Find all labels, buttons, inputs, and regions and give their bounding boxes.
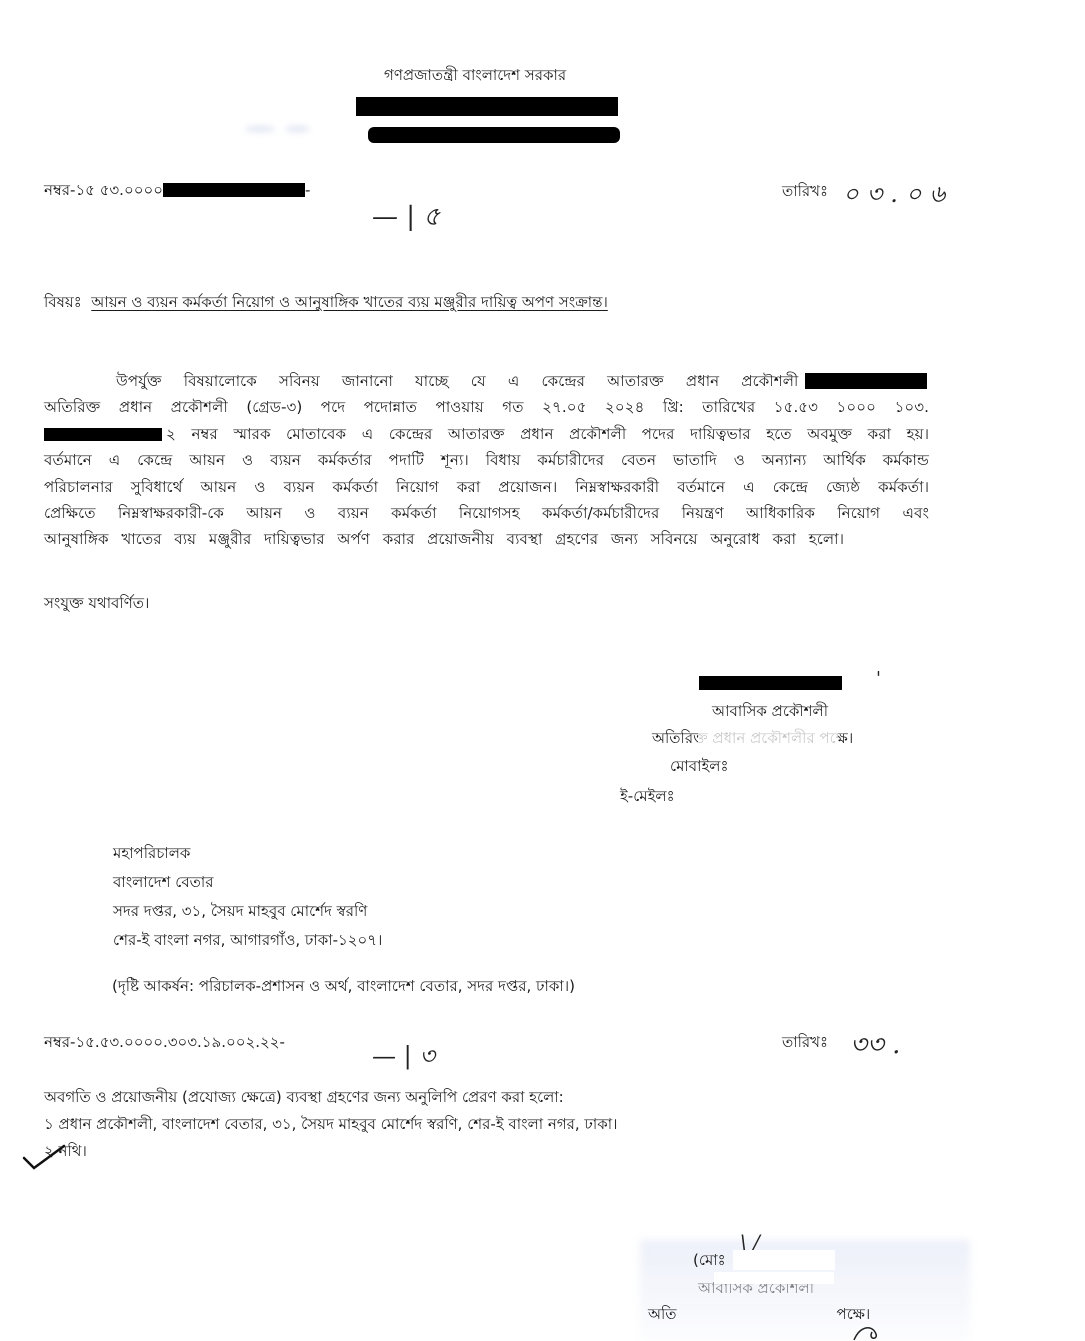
redacted-memo-number xyxy=(163,183,305,197)
signatory2-on-behalf: অতিপক্ষে। xyxy=(648,1303,870,1328)
on-behalf-prefix: অতি xyxy=(648,1305,677,1323)
distribution-intro: অবগতি ও প্রয়োজনীয় (প্রযোজ্য ক্ষেত্রে) … xyxy=(44,1086,564,1111)
faded-text-region xyxy=(698,727,838,747)
signature-mark: ' xyxy=(876,668,881,689)
attention-note: (দৃষ্টি আকর্ষন: পরিচালক-প্রশাসন ও অর্থ, … xyxy=(112,975,575,1000)
faded-designation-region xyxy=(714,1272,834,1284)
signatory2-name: (মোঃ xyxy=(693,1249,726,1274)
memo-number: নম্বর-১৫ ৫৩.০০০০- xyxy=(44,179,310,204)
body-paragraph: উপর্যুক্ত বিষয়ালোকে সবিনয় জানানো যাচ্ছ… xyxy=(44,368,929,553)
name-prefix: (মোঃ xyxy=(693,1251,726,1269)
memo-number-prefix: নম্বর-১৫ ৫৩.০০০০ xyxy=(44,181,163,199)
handwritten-serial: — | ৫ xyxy=(372,196,440,240)
checkmark-icon xyxy=(20,1142,68,1172)
body-line: অতিরিক্ত প্রধান প্রকৌশলী (গ্রেড-৩) পদে প… xyxy=(44,394,929,420)
subject-text: আয়ন ও ব্যয়ন কর্মকর্তা নিয়োগ ও আনুষাঙ্… xyxy=(91,293,608,311)
subject-line: বিষয়ঃ আয়ন ও ব্যয়ন কর্মকর্তা নিয়োগ ও … xyxy=(44,291,608,316)
recipient-address-line-1: সদর দপ্তর, ৩১, সৈয়দ মাহবুব মোর্শেদ স্বর… xyxy=(113,897,382,926)
email-label: ই-মেইলঃ xyxy=(620,785,675,810)
date-label: তারিখঃ xyxy=(782,180,828,205)
recipient-title: মহাপরিচালক xyxy=(113,839,382,868)
signatory-designation: আবাসিক প্রকৌশলী xyxy=(640,700,900,725)
handwritten-serial-2: — | ৩ xyxy=(372,1038,435,1078)
body-line: পরিচালনার সুবিধার্থে আয়ন ও ব্যয়ন কর্মক… xyxy=(44,474,929,500)
handwritten-date: ০৩.০৬ xyxy=(843,176,953,216)
mobile-label: মোবাইলঃ xyxy=(670,755,728,780)
redacted-office-name xyxy=(356,97,618,116)
body-line: আনুষাঙ্গিক খাতের ব্যয় মঞ্জুরীর দায়িত্ব… xyxy=(44,526,844,552)
memo2-number: নম্বর-১৫.৫৩.০০০০.৩০৩.১৯.০০২.২২- xyxy=(44,1031,285,1056)
faded-name-region xyxy=(733,1250,835,1270)
body-line: প্রেক্ষিতে নিম্নস্বাক্ষরকারী-কে আয়ন ও ব… xyxy=(44,500,929,526)
date-label-2: তারিখঃ xyxy=(782,1031,828,1056)
redacted-signatory-name xyxy=(699,676,842,690)
body-line: ২ নম্বর স্মারক মোতাবেক এ কেন্দ্রের আতারক… xyxy=(44,421,929,447)
scan-smudge xyxy=(285,125,310,133)
redacted-officer-name xyxy=(805,373,927,389)
recipient-address-line-2: শের-ই বাংলা নগর, আগারগাঁও, ঢাকা-১২০৭। xyxy=(113,926,382,955)
handwritten-date-2: ৩৩ . xyxy=(850,1024,900,1068)
government-header: গণপ্রজাতন্ত্রী বাংলাদেশ সরকার xyxy=(384,64,566,89)
redacted-reference xyxy=(44,428,162,441)
scan-smudge xyxy=(245,125,275,133)
redacted-office-address xyxy=(368,127,620,143)
signature-icon xyxy=(850,1322,910,1341)
body-line: বর্তমানে এ কেন্দ্রে আয়ন ও ব্যয়ন কর্মকর… xyxy=(44,447,929,473)
enclosure-note: সংযুক্ত যথাবর্ণিত। xyxy=(44,592,149,617)
memo-number-tail: - xyxy=(305,181,310,199)
recipient-organization: বাংলাদেশ বেতার xyxy=(113,868,382,897)
subject-label: বিষয়ঃ xyxy=(44,293,82,311)
body-line: উপর্যুক্ত বিষয়ালোকে সবিনয় জানানো যাচ্ছ… xyxy=(44,368,856,394)
recipient-block: মহাপরিচালক বাংলাদেশ বেতার সদর দপ্তর, ৩১,… xyxy=(113,839,382,955)
distribution-item: ১ প্রধান প্রকৌশলী, বাংলাদেশ বেতার, ৩১, স… xyxy=(44,1113,617,1138)
on-behalf-suffix: পক্ষে। xyxy=(837,1305,871,1323)
